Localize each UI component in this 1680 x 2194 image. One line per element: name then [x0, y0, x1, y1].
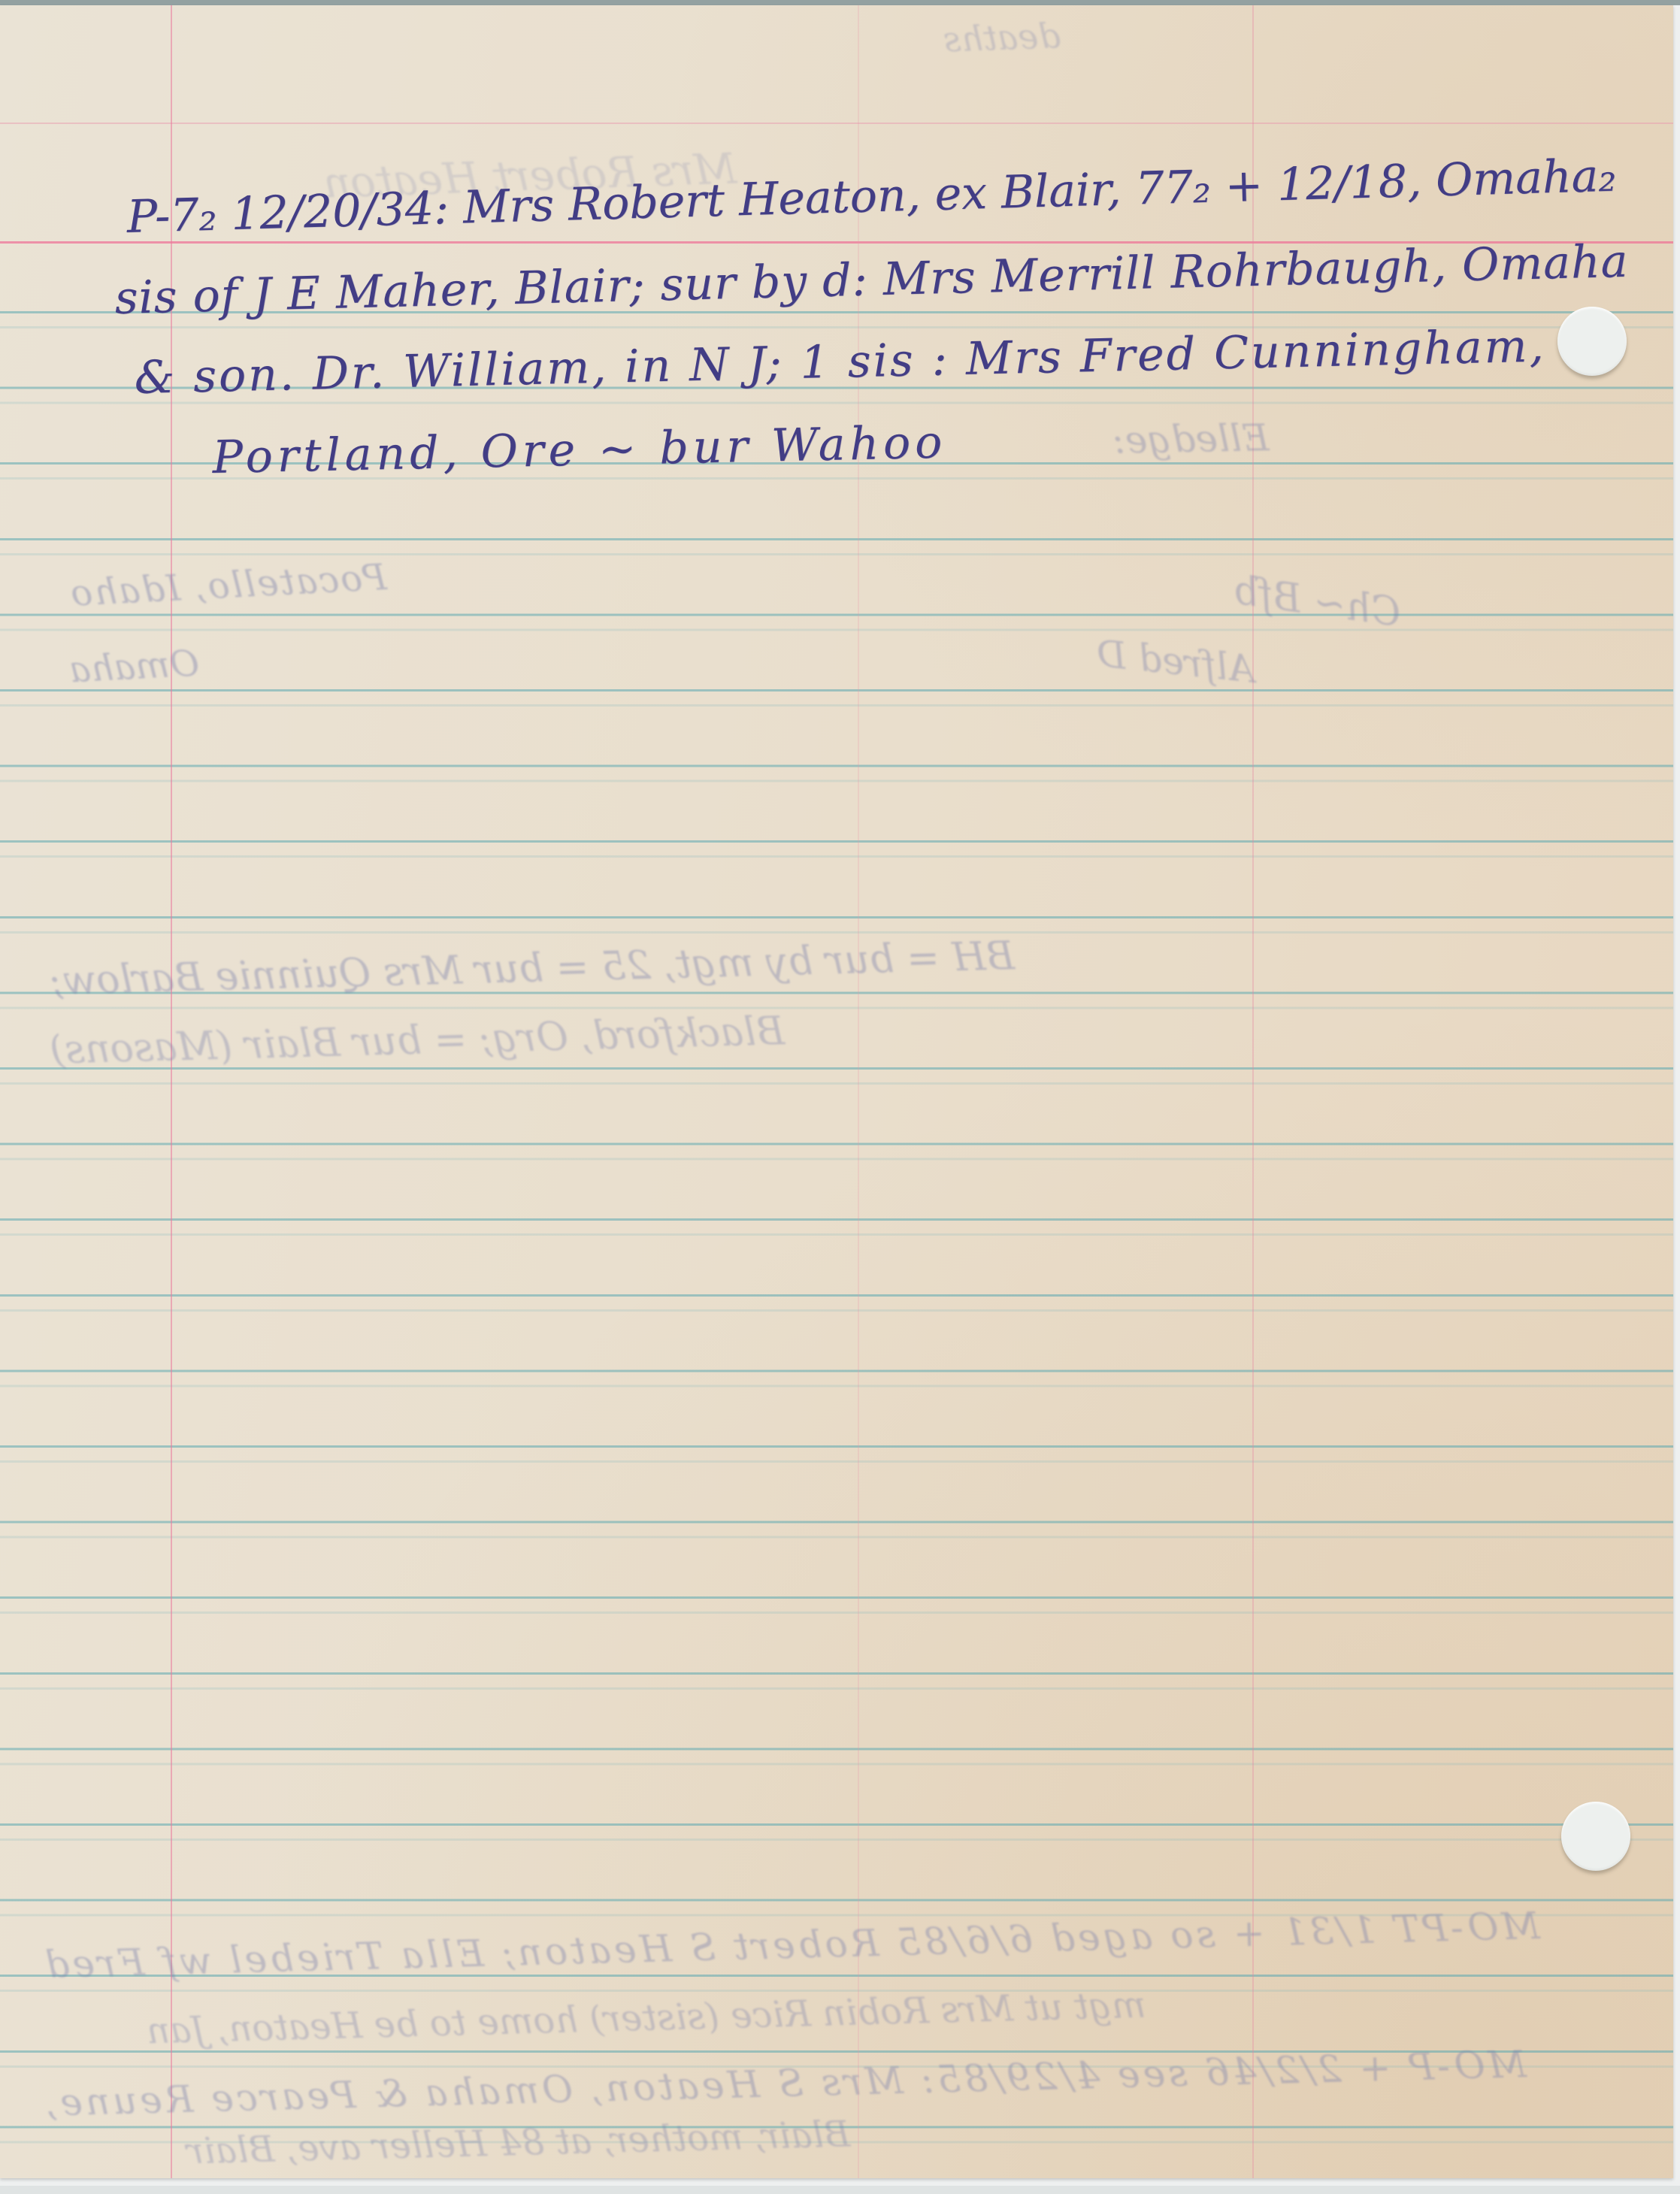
bleedthrough-text: deaths: [943, 18, 1061, 56]
hole-punch: [1557, 307, 1627, 376]
scanner-bottom-edge: [0, 2186, 1680, 2194]
scanned-page: deaths Mrs Robert Heaton Elledge: Pocate…: [0, 0, 1680, 2194]
handwriting-line: sis of J E Maher, Blair; sur by d: Mrs M…: [114, 239, 1629, 321]
scanner-top-edge: [0, 0, 1680, 5]
bleed-vertical-line-mid: [858, 5, 859, 2178]
left-margin-line: [171, 5, 172, 2178]
hole-punch: [1561, 1802, 1630, 1871]
bleedthrough-text: Elledge:: [1112, 419, 1270, 459]
bleedthrough-text: Omaha: [68, 646, 200, 688]
paper-sheet: deaths Mrs Robert Heaton Elledge: Pocate…: [0, 5, 1673, 2178]
header-rule-faint: [0, 123, 1673, 124]
